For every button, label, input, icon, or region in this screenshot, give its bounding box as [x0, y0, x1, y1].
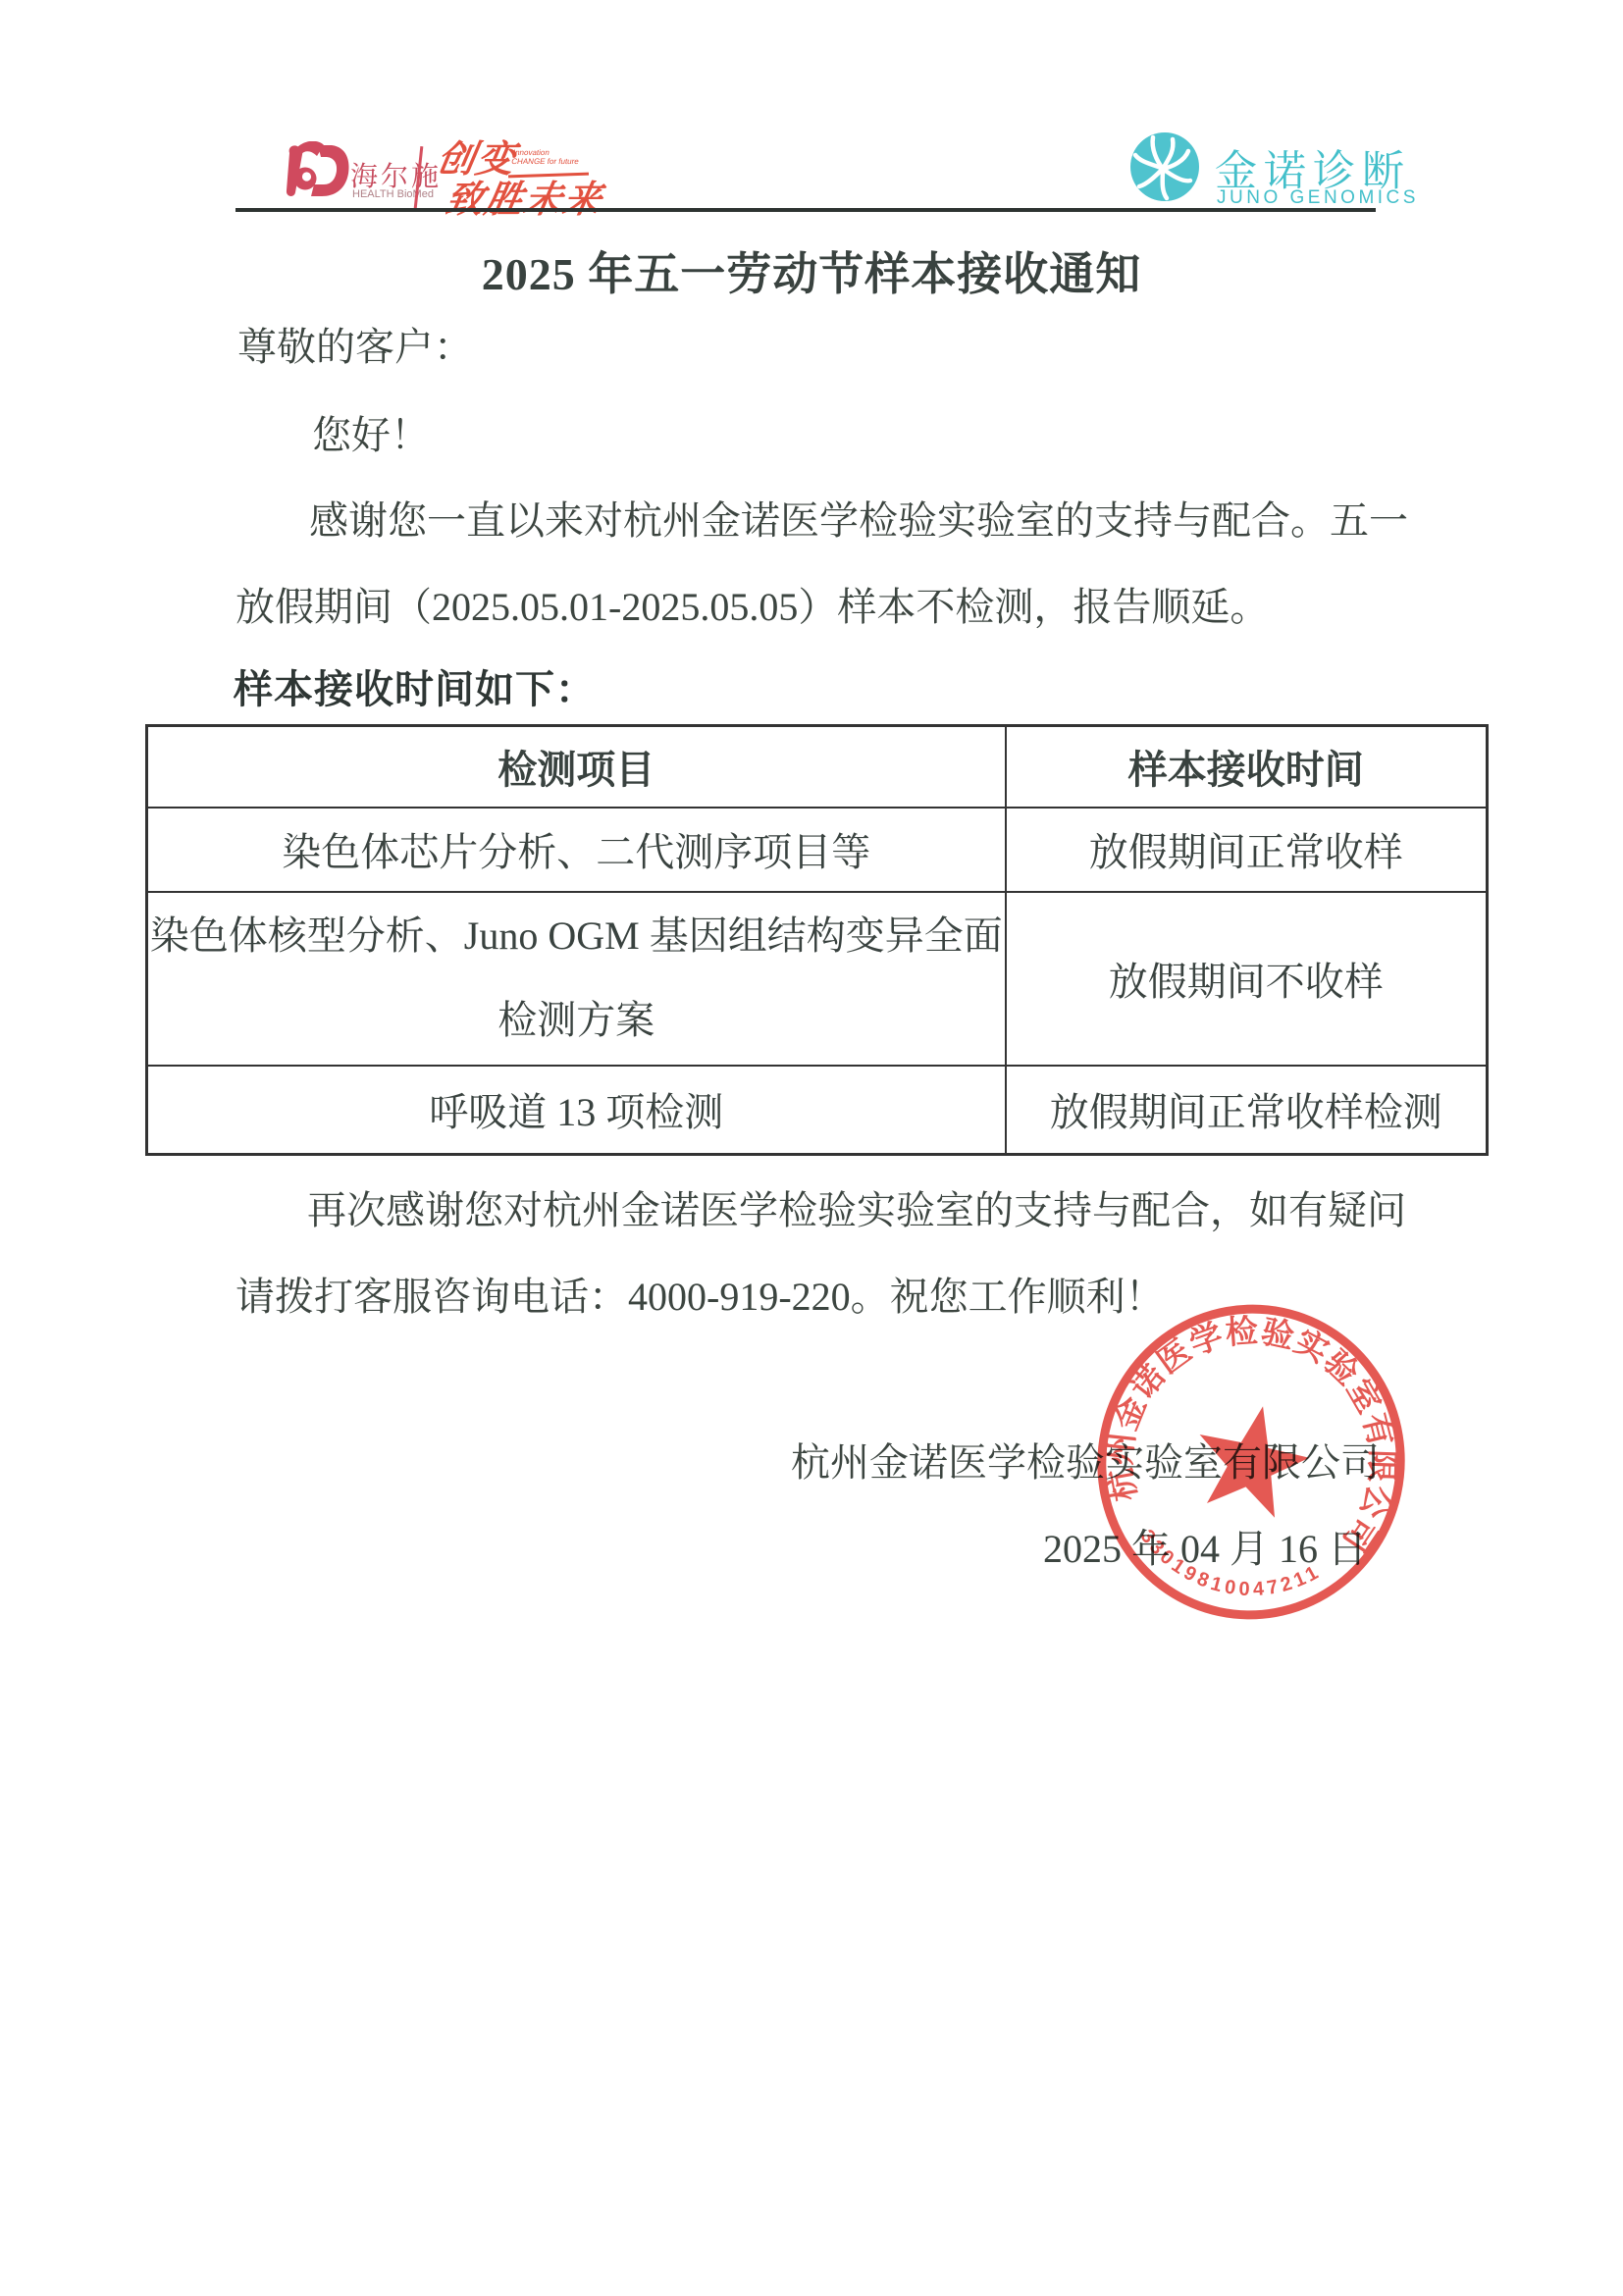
- cell-time: 放假期间正常收样: [1006, 808, 1488, 892]
- closing-line-2: 请拨打客服咨询电话：4000-919-220。祝您工作顺利！: [236, 1266, 1165, 1322]
- cell-time: 放假期间不收样: [1006, 892, 1488, 1066]
- cell-project: 染色体核型分析、Juno OGM 基因组结构变异全面 检测方案: [147, 892, 1006, 1066]
- header-rule: [236, 208, 1376, 212]
- col-header-project: 检测项目: [147, 726, 1006, 808]
- juno-logo-name-en: JUNO GENOMICS: [1217, 187, 1419, 209]
- sample-reception-table: 检测项目 样本接收时间 染色体芯片分析、二代测序项目等 放假期间正常收样 染色体…: [145, 724, 1489, 1156]
- salutation: 尊敬的客户：: [237, 316, 473, 372]
- cell-project: 呼吸道 13 项检测: [147, 1066, 1006, 1155]
- document-page: 海尔施 HEALTH BioMed 创变 Innovation CHANGE f…: [0, 0, 1623, 2296]
- hsd-logo-subtitle: HEALTH BioMed: [352, 188, 434, 200]
- company-seal: 杭州金诺医学检验实验室有限公司 33019810047211: [1087, 1298, 1415, 1626]
- greeting: 您好！: [312, 404, 430, 460]
- table-row: 染色体核型分析、Juno OGM 基因组结构变异全面 检测方案 放假期间不收样: [147, 892, 1488, 1066]
- document-title: 2025 年五一劳动节样本接收通知: [0, 238, 1623, 303]
- cell-time: 放假期间正常收样检测: [1006, 1066, 1488, 1155]
- slogan-line1: 创变: [434, 139, 519, 181]
- paragraph-line-2: 放假期间（2025.05.01-2025.05.05）样本不检测，报告顺延。: [236, 576, 1269, 632]
- col-header-time: 样本接收时间: [1006, 726, 1488, 808]
- hsd-logo-mark: [280, 141, 352, 200]
- table-header-row: 检测项目 样本接收时间: [147, 726, 1488, 808]
- slogan-line2: 致胜未来: [443, 181, 606, 220]
- table-row: 染色体芯片分析、二代测序项目等 放假期间正常收样: [147, 808, 1488, 892]
- cell-project: 染色体芯片分析、二代测序项目等: [147, 808, 1006, 892]
- seal-star: [1186, 1394, 1318, 1522]
- table-row: 呼吸道 13 项检测 放假期间正常收样检测: [147, 1066, 1488, 1155]
- paragraph-line-1: 感谢您一直以来对杭州金诺医学检验实验室的支持与配合。五一: [309, 490, 1408, 546]
- table-intro: 样本接收时间如下：: [234, 658, 596, 714]
- slogan-subtext: Innovation CHANGE for future: [511, 148, 608, 166]
- juno-logo-icon: [1126, 125, 1203, 207]
- closing-line-1: 再次感谢您对杭州金诺医学检验实验室的支持与配合，如有疑问: [307, 1179, 1406, 1235]
